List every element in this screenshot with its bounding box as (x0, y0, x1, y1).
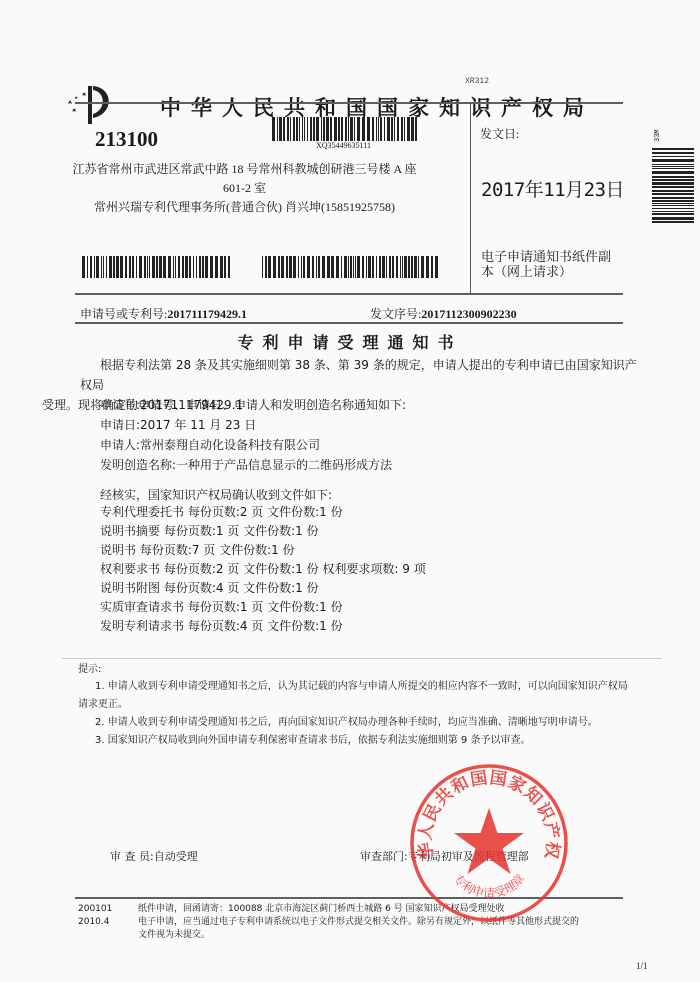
page-number: 1/1 (636, 961, 648, 971)
tips-list: 1. 申请人收到专利申请受理通知书之后，认为其记载的内容与申请人所提交的相应内容… (95, 678, 655, 750)
file-item: 说明书摘要 每份页数:1 页 文件份数:1 份 (100, 522, 426, 541)
reviewer: 审 查 员:自动受理 (110, 848, 198, 864)
file-item: 说明书 每份页数:7 页 文件份数:1 份 (100, 541, 426, 560)
footer-line-3: 文件视为未提交。 (138, 929, 678, 942)
application-number-value: 201711179429.1 (167, 307, 247, 321)
reviewer-value: 自动受理 (154, 850, 198, 863)
file-item: 实质审查请求书 每份页数:1 页 文件份数:1 份 (100, 598, 426, 617)
document-number-label: 发文序号: (370, 307, 421, 321)
side-code: 33M (654, 129, 662, 142)
file-item: 专利代理委托书 每份页数:2 页 文件份数:1 份 (100, 503, 426, 522)
footer-code-2: 2010.4 (78, 916, 112, 929)
header-divider (75, 102, 623, 104)
document-number-value: 2017112300902230 (421, 307, 516, 321)
doc-barcode (262, 256, 438, 278)
field-row: 申请号:201711179429.1 (100, 396, 243, 413)
tips-heading: 提示: (78, 660, 101, 675)
form-code: XR312 (465, 77, 489, 86)
address-line-2: 601-2 室 (62, 179, 427, 198)
address-line-1: 江苏省常州市武进区常武中路 18 号常州科教城创研港三号楼 A 座 (62, 160, 427, 179)
document-number: 发文序号:2017112300902230 (370, 305, 517, 322)
app-barcode (82, 256, 230, 278)
ref-divider-bottom (75, 322, 623, 324)
verify-line: 经核实，国家知识产权局确认收到文件如下: (100, 486, 332, 503)
ref-divider-top (75, 293, 623, 295)
tip-item: 1. 申请人收到专利申请受理通知书之后，认为其记载的内容与申请人所提交的相应内容… (95, 678, 655, 696)
footer-codes: 200101 2010.4 (78, 903, 112, 929)
tracking-barcode (272, 117, 420, 141)
application-number: 申请号或专利号:201711179429.1 (80, 305, 247, 322)
intro-line-1: 根据专利法第 28 条及其实施细则第 38 条、第 39 条的规定，申请人提出的… (80, 358, 637, 392)
notice-title: 专利申请受理通知书 (0, 330, 700, 353)
received-files-list: 专利代理委托书 每份页数:2 页 文件份数:1 份说明书摘要 每份页数:1 页 … (100, 503, 426, 636)
tips-divider (62, 658, 662, 659)
tip-item: 2. 申请人收到专利申请受理通知书之后，再向国家知识产权局办理各种手续时，均应当… (95, 714, 655, 732)
field-row: 申请人:常州泰翔自动化设备科技有限公司 (100, 436, 320, 453)
tip-item: 请求更正。 (78, 696, 655, 714)
issue-date-label: 发文日: (480, 125, 519, 142)
postcode: 213100 (95, 127, 158, 152)
address-box-divider (470, 103, 471, 293)
recipient-address: 江苏省常州市武进区常武中路 18 号常州科教城创研港三号楼 A 座 601-2 … (62, 160, 427, 217)
copy-note: 电子申请通知书纸件副 本（网上请求） (481, 250, 611, 280)
issue-date: 2017年11月23日 (481, 175, 624, 202)
field-row: 申请日:2017 年 11 月 23 日 (100, 416, 256, 433)
application-number-label: 申请号或专利号: (80, 307, 167, 321)
copy-note-line-2: 本（网上请求） (481, 265, 611, 280)
tip-item: 3. 国家知识产权局收到向外国申请专利保密审查请求书后，依据专利法实施细则第 9… (95, 732, 655, 750)
svg-text:专利申请受理章: 专利申请受理章 (450, 871, 527, 901)
official-seal-icon: 中华人民共和国国家知识产权局 专利申请受理章 (408, 762, 570, 924)
file-item: 说明书附图 每份页数:4 页 文件份数:1 份 (100, 579, 426, 598)
barcode-number: XQ35449635111 (316, 141, 371, 150)
department-label: 审查部门: (360, 850, 408, 863)
file-item: 权利要求书 每份页数:2 页 文件份数:1 份 权利要求项数: 9 项 (100, 560, 426, 579)
reviewer-label: 审 查 员: (110, 850, 154, 863)
field-row: 发明创造名称:一种用于产品信息显示的二维码形成方法 (100, 456, 392, 473)
footer-code-1: 200101 (78, 903, 112, 916)
cnipa-logo-icon (62, 78, 118, 124)
copy-note-line-1: 电子申请通知书纸件副 (481, 250, 611, 265)
file-item: 发明专利请求书 每份页数:4 页 文件份数:1 份 (100, 617, 426, 636)
side-barcode (652, 148, 694, 224)
agent-line: 常州兴瑞专利代理事务所(普通合伙) 肖兴坤(15851925758) (62, 198, 427, 217)
